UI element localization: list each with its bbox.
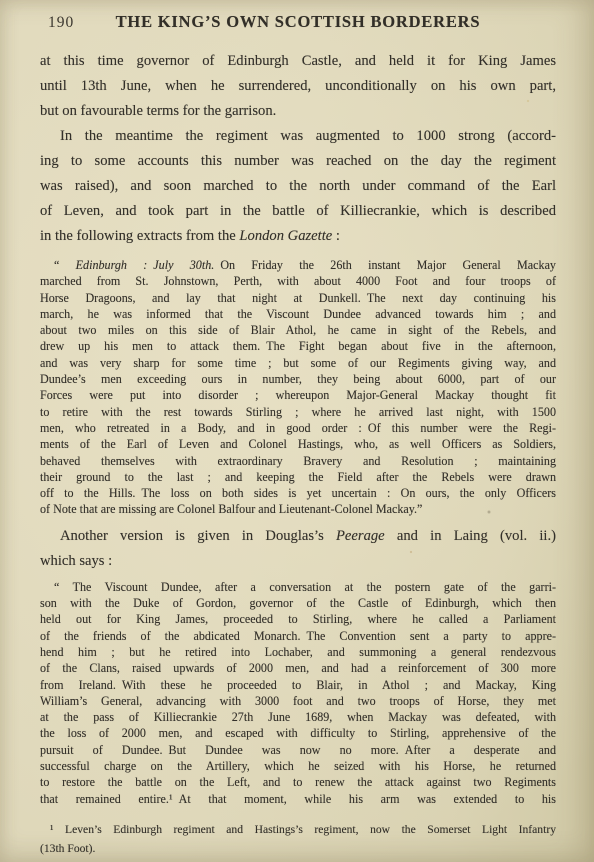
text-line: Another version is given in Douglas’s Pe… xyxy=(40,524,556,549)
text-segment-italic: Peerage xyxy=(336,528,385,544)
text-line: Dundee’s men exceeding ours in number, t… xyxy=(40,371,556,387)
running-title: THE KING’S OWN SCOTTISH BORDERERS xyxy=(40,12,556,32)
text-line: held out for King James, proceeded to St… xyxy=(40,611,556,627)
text-line: to restore the battle on the Left, and t… xyxy=(40,774,556,790)
text-line: off to the Hills. The loss on both sides… xyxy=(40,485,556,501)
text-line: pursuit of Dundee. But Dundee was now no… xyxy=(40,742,556,758)
text-segment: “ xyxy=(54,258,76,272)
opening-paragraph: at this time governor of Edinburgh Castl… xyxy=(40,49,556,124)
text-line: until 13th June, when he surrendered, un… xyxy=(40,74,556,99)
text-line: Forces were put into disorder ; whereupo… xyxy=(40,387,556,403)
text-line: hend him ; but he retired into Lochaber,… xyxy=(40,644,556,660)
text-segment: On Friday the 26th instant Major General… xyxy=(214,258,556,272)
text-line: march, he was informed that the Viscount… xyxy=(40,306,556,322)
text-line: which says : xyxy=(40,549,556,574)
text-segment-italic: Edinburgh : July 30th. xyxy=(76,258,215,272)
text-line: successful charge on the Artillery, whic… xyxy=(40,758,556,774)
text-line: and was very sharp for some time ; but s… xyxy=(40,355,556,371)
text-line: ing to some accounts this number was rea… xyxy=(40,149,556,174)
text-segment: Another version is given in Douglas’s xyxy=(60,528,336,544)
text-line: their ground to the last ; and keeping t… xyxy=(40,469,556,485)
text-segment: : xyxy=(332,228,340,244)
intro-paragraph: In the meantime the regiment was augment… xyxy=(40,124,556,249)
text-line: drew up his men to attack them. The Figh… xyxy=(40,338,556,354)
text-line: marched from St. Johnstown, Perth, with … xyxy=(40,273,556,289)
text-line: about two miles on this side of Blair At… xyxy=(40,322,556,338)
text-segment: in the following extracts from the xyxy=(40,228,239,244)
text-segment-italic: London Gazette xyxy=(239,228,332,244)
text-line: ments of the Earl of Leven and Colonel H… xyxy=(40,436,556,452)
text-line: that remained entire.¹ At that moment, w… xyxy=(40,791,556,807)
text-line: “ The Viscount Dundee, after a conversat… xyxy=(40,579,556,595)
text-line: William’s General, advancing with 3000 f… xyxy=(40,693,556,709)
peerage-extract-quote: “ The Viscount Dundee, after a conversat… xyxy=(40,579,556,807)
text-line: of Leven, and took part in the battle of… xyxy=(40,199,556,224)
text-line: at the pass of Killiecrankie 27th June 1… xyxy=(40,709,556,725)
text-line: In the meantime the regiment was augment… xyxy=(40,124,556,149)
text-line: son with the Duke of Gordon, governor of… xyxy=(40,595,556,611)
text-line: from Ireland. With these he proceeded to… xyxy=(40,677,556,693)
text-line: in the following extracts from the Londo… xyxy=(40,224,556,249)
gazette-extract-quote: “ Edinburgh : July 30th. On Friday the 2… xyxy=(40,257,556,518)
footnote: ¹ Leven’s Edinburgh regiment and Hasting… xyxy=(40,820,556,858)
text-line: (13th Foot). xyxy=(40,839,556,858)
text-line: the loss of 2000 men, and escaped with d… xyxy=(40,725,556,741)
text-line: behaved themselves with extraordinary Br… xyxy=(40,453,556,469)
text-line: “ Edinburgh : July 30th. On Friday the 2… xyxy=(40,257,556,273)
text-line: of Note that are missing are Colonel Bal… xyxy=(40,501,556,517)
text-line: was raised), and soon marched to the nor… xyxy=(40,174,556,199)
book-page-scan: 190 THE KING’S OWN SCOTTISH BORDERERS at… xyxy=(0,0,594,862)
text-line: to retire with the rest towards Stirling… xyxy=(40,404,556,420)
text-line: ¹ Leven’s Edinburgh regiment and Hasting… xyxy=(40,820,556,839)
text-line: Horse Dragoons, and lay that night at Du… xyxy=(40,290,556,306)
transition-paragraph: Another version is given in Douglas’s Pe… xyxy=(40,524,556,574)
text-line: of the friends of the abdicated Monarch.… xyxy=(40,628,556,644)
text-line: at this time governor of Edinburgh Castl… xyxy=(40,49,556,74)
text-line: but on favourable terms for the garrison… xyxy=(40,99,556,124)
page-number: 190 xyxy=(48,14,74,32)
text-line: of the Clans, raised upwards of 2000 men… xyxy=(40,660,556,676)
text-segment: and in Laing (vol. ii.) xyxy=(385,528,556,544)
page-header: 190 THE KING’S OWN SCOTTISH BORDERERS xyxy=(40,12,556,36)
text-line: men, who retreated in a Body, and in goo… xyxy=(40,420,556,436)
